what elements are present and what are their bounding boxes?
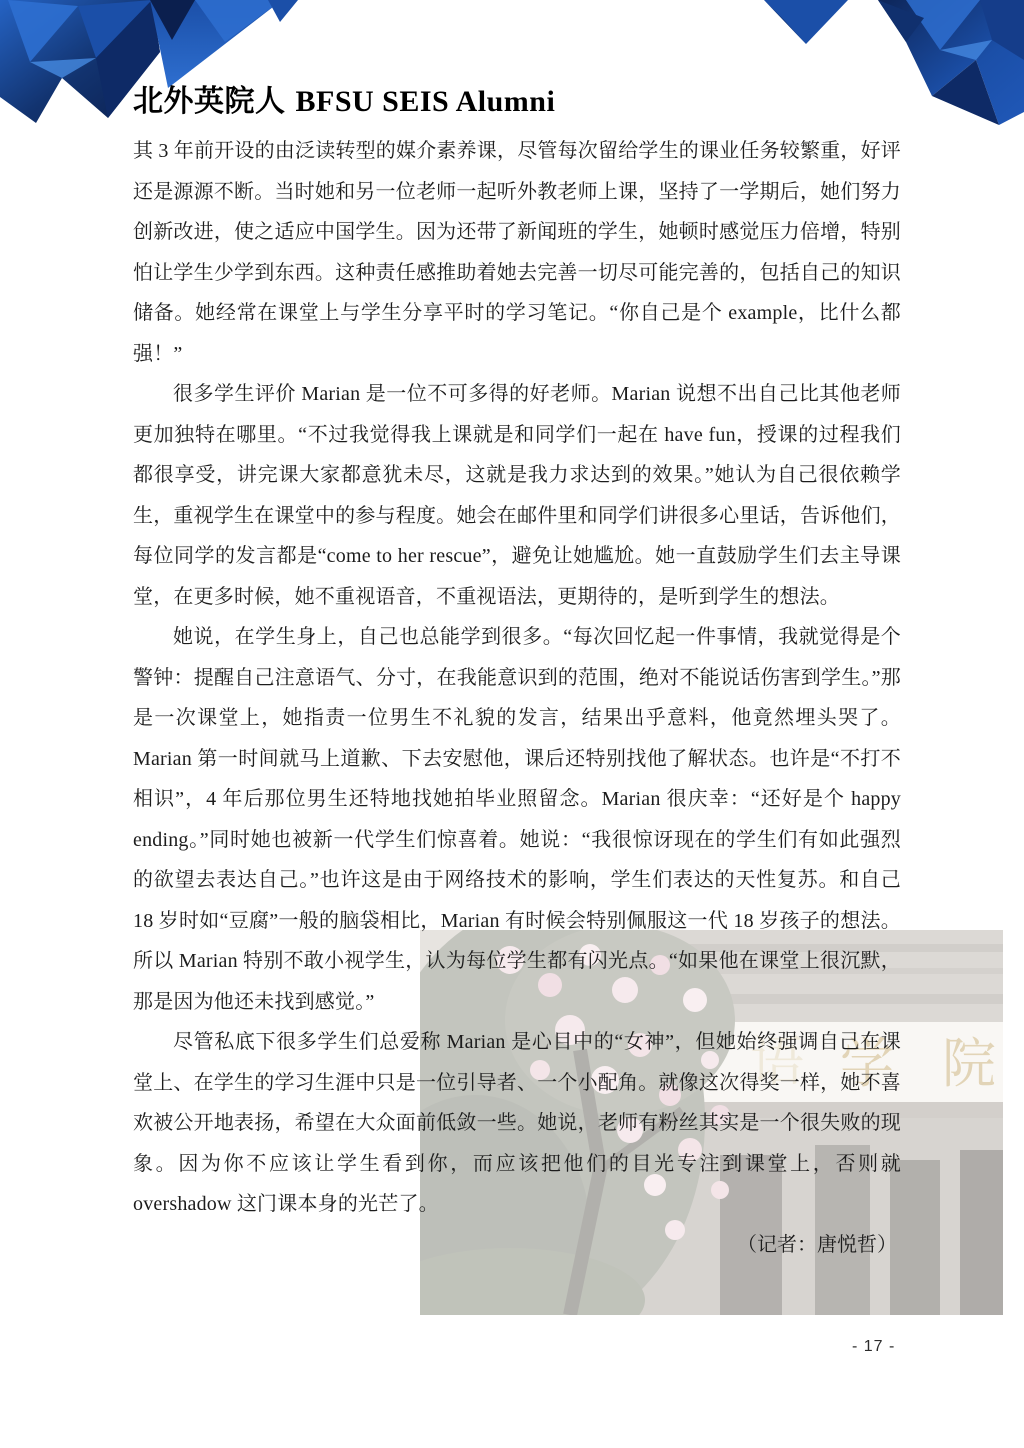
article-paragraph: 她说，在学生身上，自己也总能学到很多。“每次回忆起一件事情，我就觉得是个警钟：提… bbox=[133, 617, 901, 1022]
page-title-english: BFSU SEIS Alumni bbox=[296, 85, 556, 118]
article-content: 北外英院人BFSU SEIS Alumni 其 3 年前开设的由泛读转型的媒介素… bbox=[133, 76, 901, 1265]
article-paragraph: 尽管私底下很多学生们总爱称 Marian 是心目中的“女神”，但她始终强调自己在… bbox=[133, 1022, 901, 1225]
page-title-chinese: 北外英院人 bbox=[133, 85, 286, 118]
article-paragraph: 很多学生评价 Marian 是一位不可多得的好老师。Marian 说想不出自己比… bbox=[133, 374, 901, 617]
page-title: 北外英院人BFSU SEIS Alumni bbox=[133, 76, 901, 120]
page-number: - 17 - bbox=[852, 1338, 895, 1356]
reporter-byline: （记者：唐悦哲） bbox=[133, 1225, 901, 1266]
magazine-page: 语 学 院 bbox=[0, 0, 1024, 1448]
article-paragraph: 其 3 年前开设的由泛读转型的媒介素养课，尽管每次留给学生的课业任务较繁重，好评… bbox=[133, 131, 901, 374]
building-sign-char-2: 院 bbox=[942, 1034, 996, 1094]
